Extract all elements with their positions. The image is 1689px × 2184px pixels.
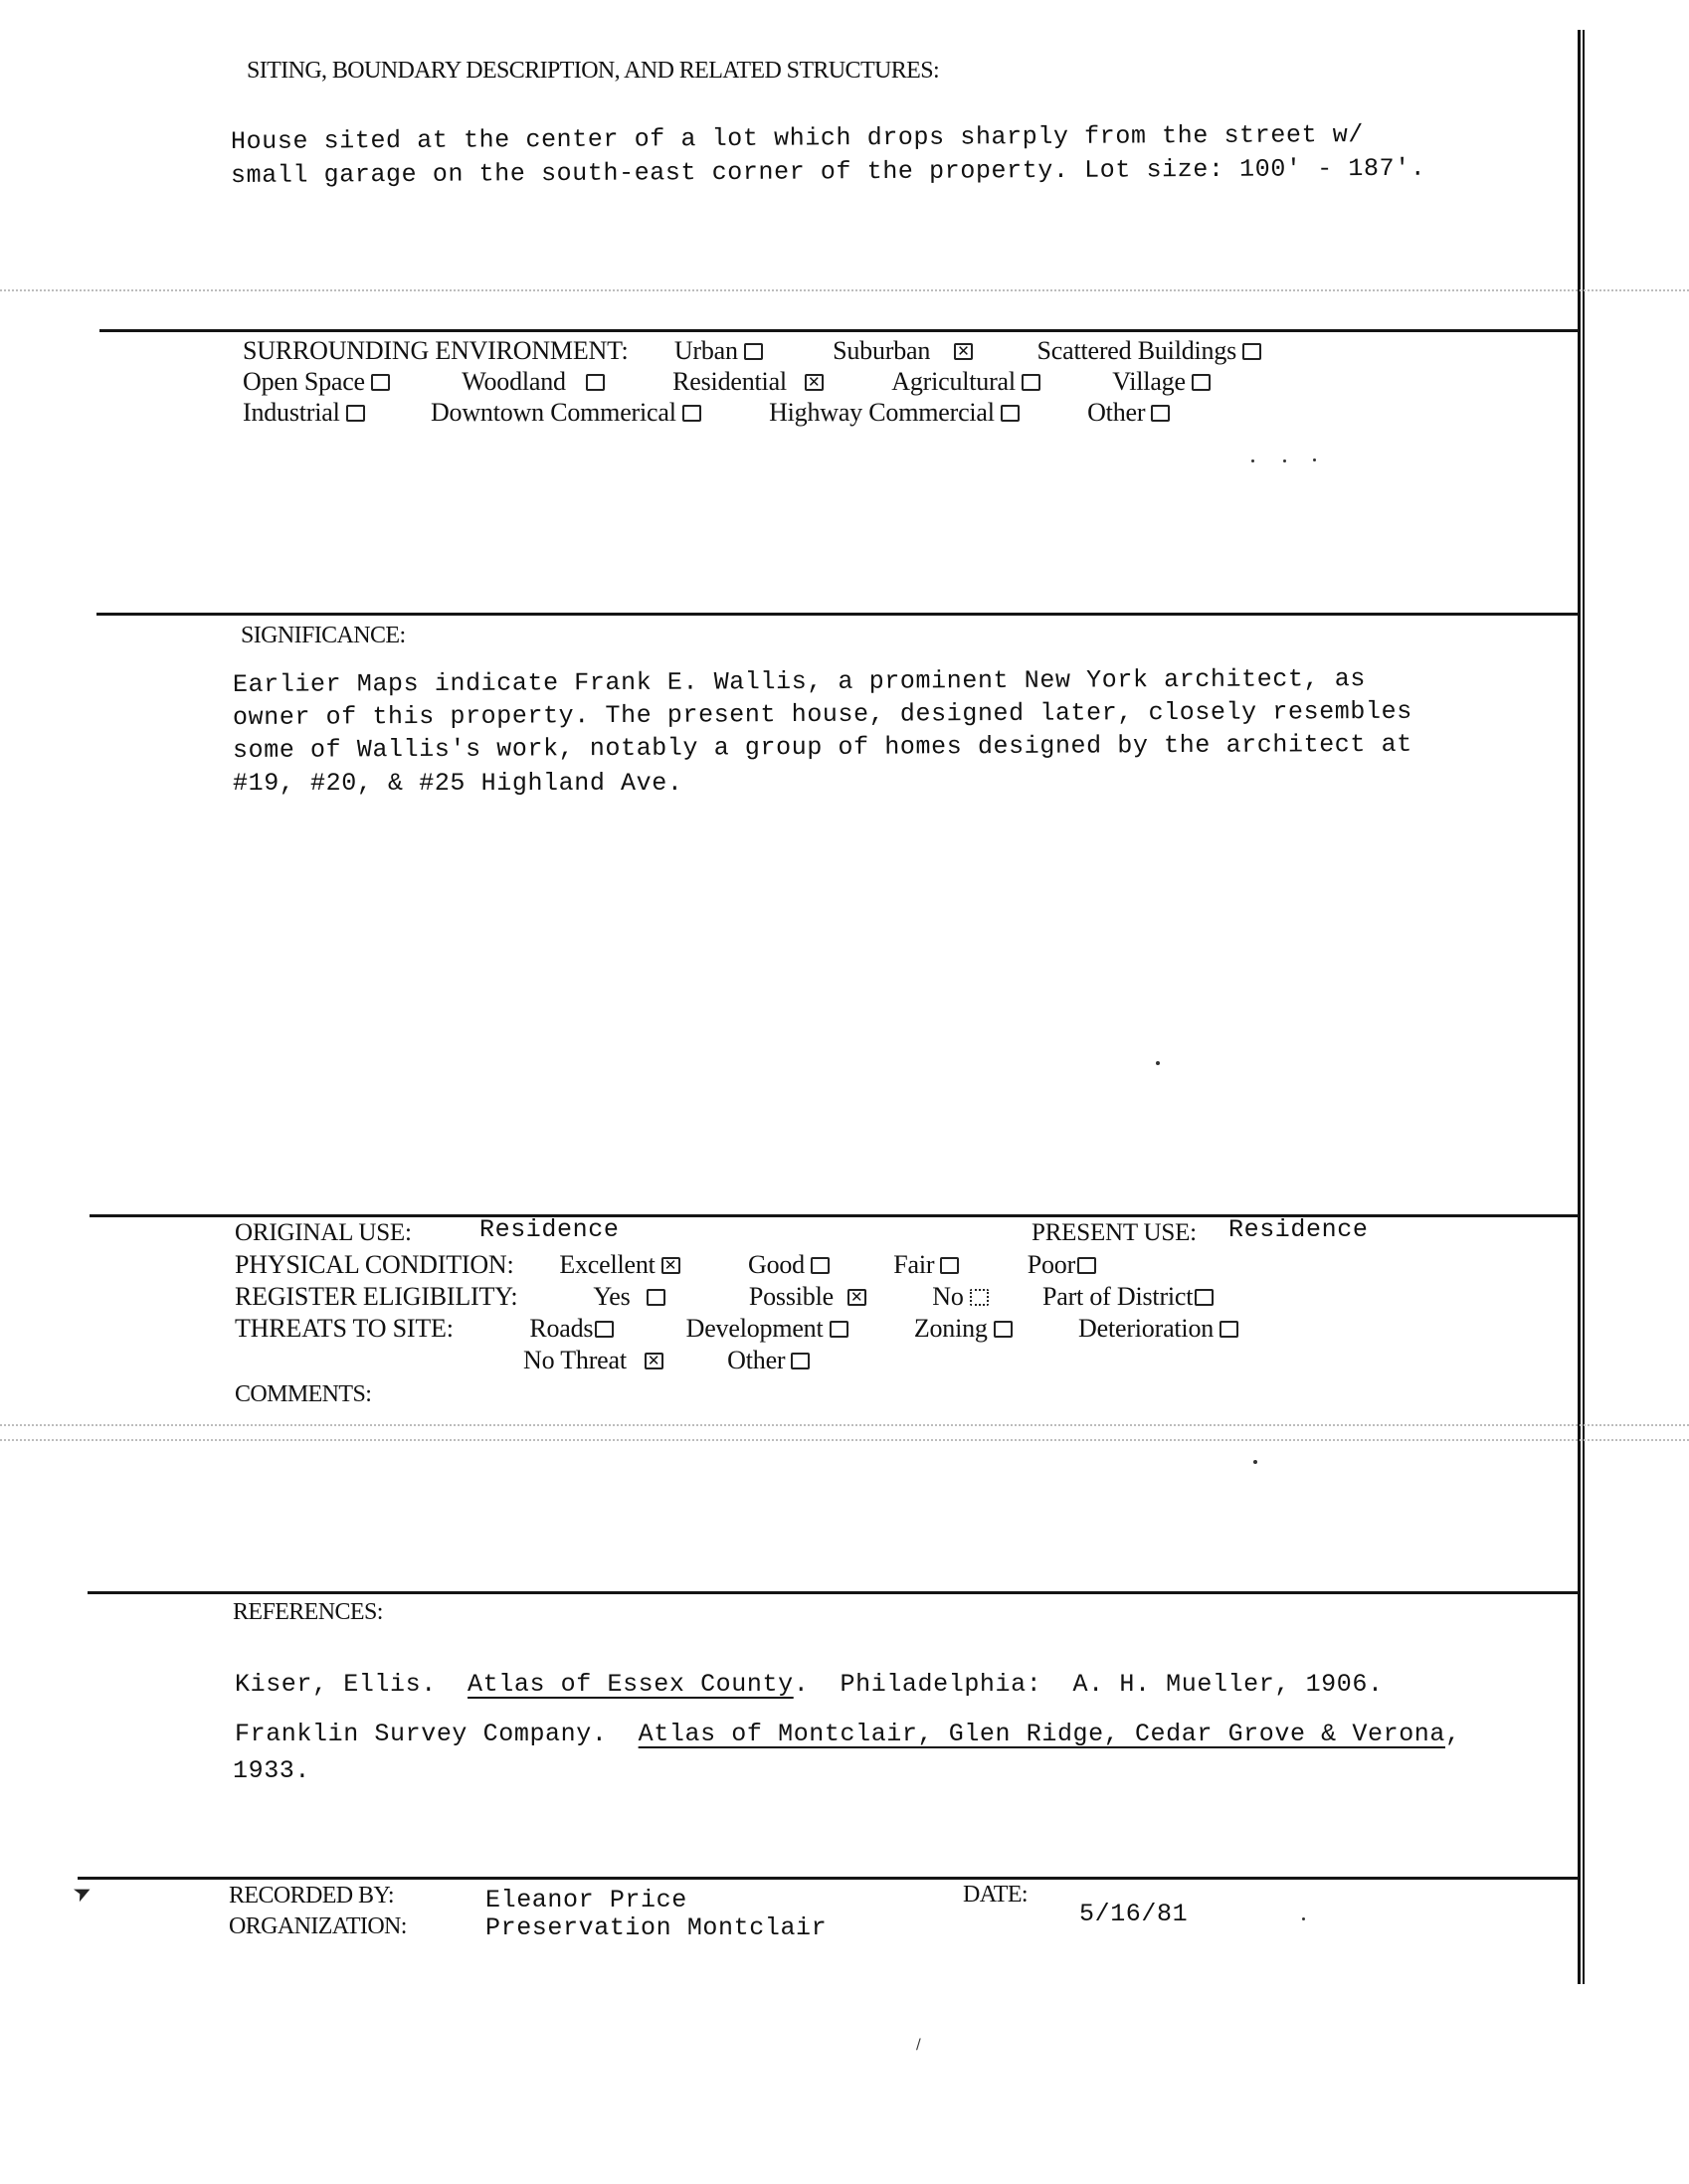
threats-row-2: No Threat Other	[523, 1346, 810, 1375]
checkbox-icon[interactable]	[647, 1289, 665, 1306]
eligibility-yes[interactable]: Yes	[593, 1282, 664, 1312]
reference-title: Atlas of Montclair, Glen Ridge, Cedar Gr…	[639, 1720, 1445, 1748]
eligibility-possible[interactable]: Possible	[749, 1282, 866, 1312]
date-value: 5/16/81	[1079, 1900, 1188, 1928]
option-scattered-buildings[interactable]: Scattered Buildings	[1037, 336, 1262, 366]
option-residential[interactable]: Residential	[672, 367, 824, 397]
option-village[interactable]: Village	[1112, 367, 1211, 397]
option-suburban[interactable]: Suburban	[833, 336, 973, 366]
checkbox-icon[interactable]	[1151, 405, 1170, 422]
checkbox-icon[interactable]	[744, 343, 763, 360]
threat-other[interactable]: Other	[727, 1346, 810, 1375]
option-highway-commercial[interactable]: Highway Commercial	[769, 398, 1020, 428]
threat-roads[interactable]: Roads	[529, 1314, 614, 1344]
checkbox-checked-icon[interactable]	[805, 374, 824, 391]
option-industrial[interactable]: Industrial	[243, 398, 365, 428]
original-use-value: Residence	[479, 1215, 619, 1244]
threats-row-1: THREATS TO SITE: Roads Development Zonin…	[235, 1314, 1238, 1344]
threat-zoning[interactable]: Zoning	[914, 1314, 1013, 1344]
reference-title: Atlas of Essex County	[468, 1670, 794, 1699]
date-label: DATE:	[963, 1882, 1028, 1909]
scan-dotted-line	[0, 289, 1689, 291]
condition-poor[interactable]: Poor	[1028, 1250, 1096, 1280]
eligibility-no[interactable]: No	[932, 1282, 988, 1312]
significance-line-1: Earlier Maps indicate Frank E. Wallis, a…	[233, 664, 1366, 699]
checkbox-icon[interactable]	[346, 405, 365, 422]
eligibility-part-of-district[interactable]: Part of District	[1042, 1282, 1214, 1312]
physical-condition-label: PHYSICAL CONDITION:	[235, 1250, 553, 1280]
checkbox-icon[interactable]	[791, 1353, 810, 1369]
checkbox-icon[interactable]	[1192, 374, 1211, 391]
scan-speck	[1253, 1460, 1257, 1464]
significance-heading: SIGNIFICANCE:	[241, 623, 406, 649]
present-use-value: Residence	[1228, 1215, 1368, 1244]
threats-label: THREATS TO SITE:	[235, 1314, 523, 1344]
checkbox-icon[interactable]	[970, 1289, 989, 1306]
reference-item-2-continuation: 1933.	[233, 1756, 310, 1785]
checkbox-icon[interactable]	[811, 1257, 830, 1274]
siting-text-line-1: House sited at the center of a lot which…	[231, 120, 1364, 156]
comments-label: COMMENTS:	[235, 1381, 371, 1408]
significance-line-4: #19, #20, & #25 Highland Ave.	[233, 769, 682, 798]
surrounding-env-row-3: Industrial Downtown Commerical Highway C…	[243, 398, 1170, 428]
scan-mark: /	[916, 2037, 921, 2053]
register-eligibility-label: REGISTER ELIGIBILITY:	[235, 1282, 587, 1312]
recorded-by-label: RECORDED BY:	[229, 1883, 394, 1910]
right-border-line-outer	[1578, 30, 1581, 1984]
original-use-label: ORIGINAL USE:	[235, 1219, 412, 1247]
siting-text-line-2: small garage on the south-east corner of…	[231, 154, 1426, 190]
section-divider	[88, 1591, 1579, 1594]
checkbox-checked-icon[interactable]	[645, 1353, 663, 1369]
checkbox-checked-icon[interactable]	[954, 343, 973, 360]
condition-good[interactable]: Good	[748, 1250, 830, 1280]
option-downtown-commercial[interactable]: Downtown Commerical	[431, 398, 701, 428]
checkbox-icon[interactable]	[1022, 374, 1040, 391]
section-divider	[78, 1877, 1579, 1880]
threat-no-threat[interactable]: No Threat	[523, 1346, 663, 1375]
option-other[interactable]: Other	[1087, 398, 1170, 428]
scan-speck	[1302, 1917, 1305, 1920]
scan-speck	[1283, 459, 1286, 462]
checkbox-icon[interactable]	[1242, 343, 1261, 360]
right-border-line-inner	[1583, 30, 1585, 1984]
section-divider	[96, 613, 1579, 616]
checkbox-checked-icon[interactable]	[661, 1257, 680, 1274]
register-eligibility-row: REGISTER ELIGIBILITY: Yes Possible No Pa…	[235, 1282, 1214, 1312]
references-heading: REFERENCES:	[233, 1599, 383, 1626]
checkbox-checked-icon[interactable]	[847, 1289, 866, 1306]
checkbox-icon[interactable]	[940, 1257, 959, 1274]
checkbox-icon[interactable]	[682, 405, 701, 422]
significance-line-2: owner of this property. The present hous…	[233, 697, 1412, 732]
surrounding-env-row-2: Open Space Woodland Residential Agricult…	[243, 367, 1211, 397]
checkbox-icon[interactable]	[1220, 1321, 1238, 1338]
organization-label: ORGANIZATION:	[229, 1913, 407, 1940]
scan-dotted-line	[0, 1424, 1689, 1426]
threat-deterioration[interactable]: Deterioration	[1078, 1314, 1238, 1344]
checkbox-icon[interactable]	[1195, 1289, 1214, 1306]
checkbox-icon[interactable]	[586, 374, 605, 391]
organization-value: Preservation Montclair	[485, 1913, 827, 1942]
option-open-space[interactable]: Open Space	[243, 367, 390, 397]
checkbox-icon[interactable]	[830, 1321, 848, 1338]
checkbox-icon[interactable]	[1077, 1257, 1096, 1274]
present-use-label: PRESENT USE:	[1032, 1219, 1197, 1247]
surrounding-env-label: SURROUNDING ENVIRONMENT:	[243, 336, 629, 365]
siting-heading: SITING, BOUNDARY DESCRIPTION, AND RELATE…	[247, 58, 939, 85]
recorded-by-value: Eleanor Price	[485, 1886, 687, 1914]
reference-item-1: Kiser, Ellis. Atlas of Essex County. Phi…	[235, 1670, 1384, 1699]
checkbox-icon[interactable]	[595, 1321, 614, 1338]
surrounding-env-row-1: SURROUNDING ENVIRONMENT: Urban Suburban …	[243, 336, 1261, 366]
checkbox-icon[interactable]	[994, 1321, 1013, 1338]
option-woodland[interactable]: Woodland	[462, 367, 605, 397]
section-divider	[99, 329, 1579, 332]
condition-excellent[interactable]: Excellent	[559, 1250, 679, 1280]
significance-line-3: some of Wallis's work, notably a group o…	[233, 730, 1412, 765]
scan-speck	[1313, 458, 1316, 461]
checkbox-icon[interactable]	[1001, 405, 1020, 422]
scan-dotted-line	[0, 1439, 1689, 1441]
scan-speck	[1156, 1061, 1160, 1065]
condition-fair[interactable]: Fair	[893, 1250, 959, 1280]
option-agricultural[interactable]: Agricultural	[891, 367, 1040, 397]
reference-item-2: Franklin Survey Company. Atlas of Montcl…	[235, 1720, 1461, 1748]
option-urban[interactable]: Urban	[674, 336, 763, 366]
threat-development[interactable]: Development	[686, 1314, 848, 1344]
checkbox-icon[interactable]	[371, 374, 390, 391]
physical-condition-row: PHYSICAL CONDITION: Excellent Good Fair …	[235, 1250, 1096, 1280]
scan-speck	[1251, 459, 1254, 462]
pointer-mark-icon: ➤	[70, 1878, 96, 1908]
